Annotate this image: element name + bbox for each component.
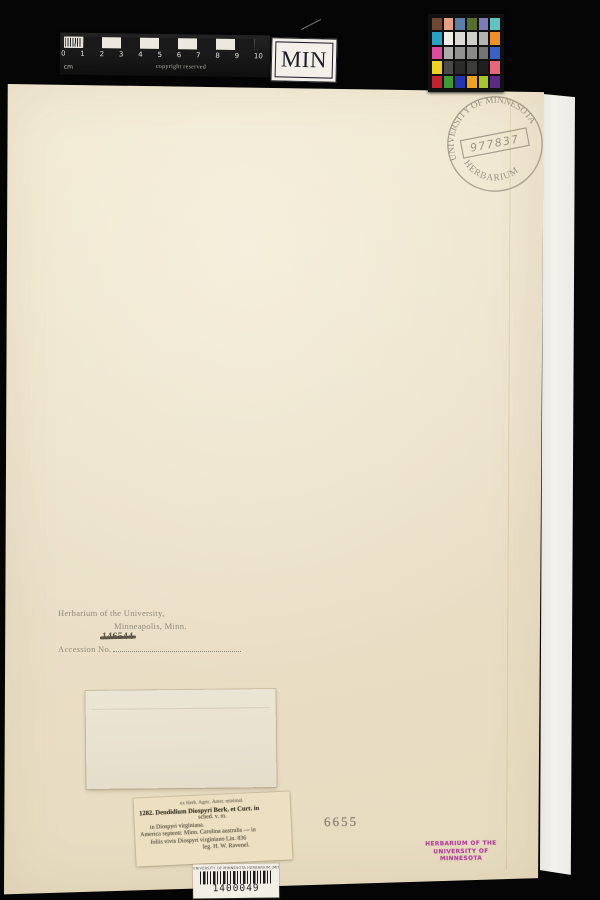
color-patch xyxy=(467,76,477,88)
color-patch xyxy=(490,61,500,73)
color-patch xyxy=(444,18,454,30)
number-stamp-6655: 6655 xyxy=(324,814,358,831)
ruler-number: 9 xyxy=(235,52,240,60)
ruler-number: 2 xyxy=(100,50,105,58)
color-patch xyxy=(455,18,465,30)
color-patch xyxy=(467,47,477,59)
ruler-number: 1 xyxy=(80,50,85,58)
determination-label: ex Herb. Agric. Amer. minimal. 1282. Den… xyxy=(134,791,293,866)
color-patch xyxy=(490,32,500,44)
ruler-cm-blocks xyxy=(64,37,254,51)
min-code-card: MIN xyxy=(270,37,337,83)
color-patch xyxy=(479,76,489,88)
ruler-number: 5 xyxy=(157,51,162,59)
ruler-number: 8 xyxy=(215,52,220,60)
accession-row: Accession No. xyxy=(58,644,258,654)
color-patch xyxy=(444,76,454,88)
owner-block: Herbarium of the University, Minneapolis… xyxy=(58,608,258,654)
color-patch xyxy=(432,76,442,88)
owner-line-1: Herbarium of the University, xyxy=(58,608,258,618)
color-patch xyxy=(479,47,489,59)
herbarium-sheet-photo: 012345678910 cm copyright reserved MIN U… xyxy=(0,0,600,900)
stamp-accession-number: 977837 xyxy=(469,132,521,154)
color-patch xyxy=(467,18,477,30)
accession-label: Accession No. xyxy=(58,644,111,654)
color-patch xyxy=(432,32,442,44)
color-patch xyxy=(432,61,442,73)
backing-sheet-edge xyxy=(540,94,575,878)
color-patch xyxy=(444,32,454,44)
ruler-number: 6 xyxy=(177,51,182,59)
struck-accession-number: 146544 xyxy=(102,632,134,642)
color-patch xyxy=(490,18,500,30)
ruler-mm-ticks xyxy=(64,37,83,48)
purple-stamp-line-2: UNIVERSITY OF MINNESOTA xyxy=(413,848,509,864)
ruler-numbers: 012345678910 xyxy=(61,50,263,61)
ruler-copyright-text: copyright reserved xyxy=(156,64,206,71)
color-patch xyxy=(455,61,465,73)
stamp-number-box: 977837 xyxy=(460,128,529,158)
ruler-number: 4 xyxy=(138,51,143,59)
accession-dotted-line xyxy=(113,644,241,652)
ruler-number: 3 xyxy=(119,50,124,58)
color-patch xyxy=(467,32,477,44)
purple-stamp-line-1: HERBARIUM OF THE xyxy=(413,840,509,849)
ruler-number: 7 xyxy=(196,51,201,59)
color-patch xyxy=(444,47,454,59)
color-patch xyxy=(455,76,465,88)
min-code-text: MIN xyxy=(281,46,328,73)
ruler-number: 0 xyxy=(61,50,66,58)
color-patch xyxy=(479,18,489,30)
ruler-number: 10 xyxy=(254,52,263,60)
color-patch xyxy=(432,47,442,59)
color-patch xyxy=(444,61,454,73)
owner-line-2: Minneapolis, Minn. xyxy=(114,621,258,631)
specimen-packet xyxy=(85,689,276,789)
background-scratch xyxy=(301,19,321,30)
color-calibration-chart xyxy=(428,14,504,92)
color-patch xyxy=(479,61,489,73)
color-patch xyxy=(490,47,500,59)
min-card-inner-border: MIN xyxy=(275,41,334,78)
color-patch xyxy=(467,61,477,73)
barcode-number: 1400049 xyxy=(193,882,279,894)
color-patch xyxy=(432,18,442,30)
color-chart-grid xyxy=(432,18,500,88)
color-patch xyxy=(455,32,465,44)
scale-ruler: 012345678910 cm copyright reserved xyxy=(60,33,271,78)
color-patch xyxy=(479,32,489,44)
ruler-unit-label: cm xyxy=(64,64,73,71)
barcode-sticker: UNIVERSITY OF MINNESOTA HERBARIUM (MIN) … xyxy=(193,863,279,898)
color-patch xyxy=(455,47,465,59)
purple-ownership-stamp: HERBARIUM OF THE UNIVERSITY OF MINNESOTA xyxy=(413,840,509,864)
